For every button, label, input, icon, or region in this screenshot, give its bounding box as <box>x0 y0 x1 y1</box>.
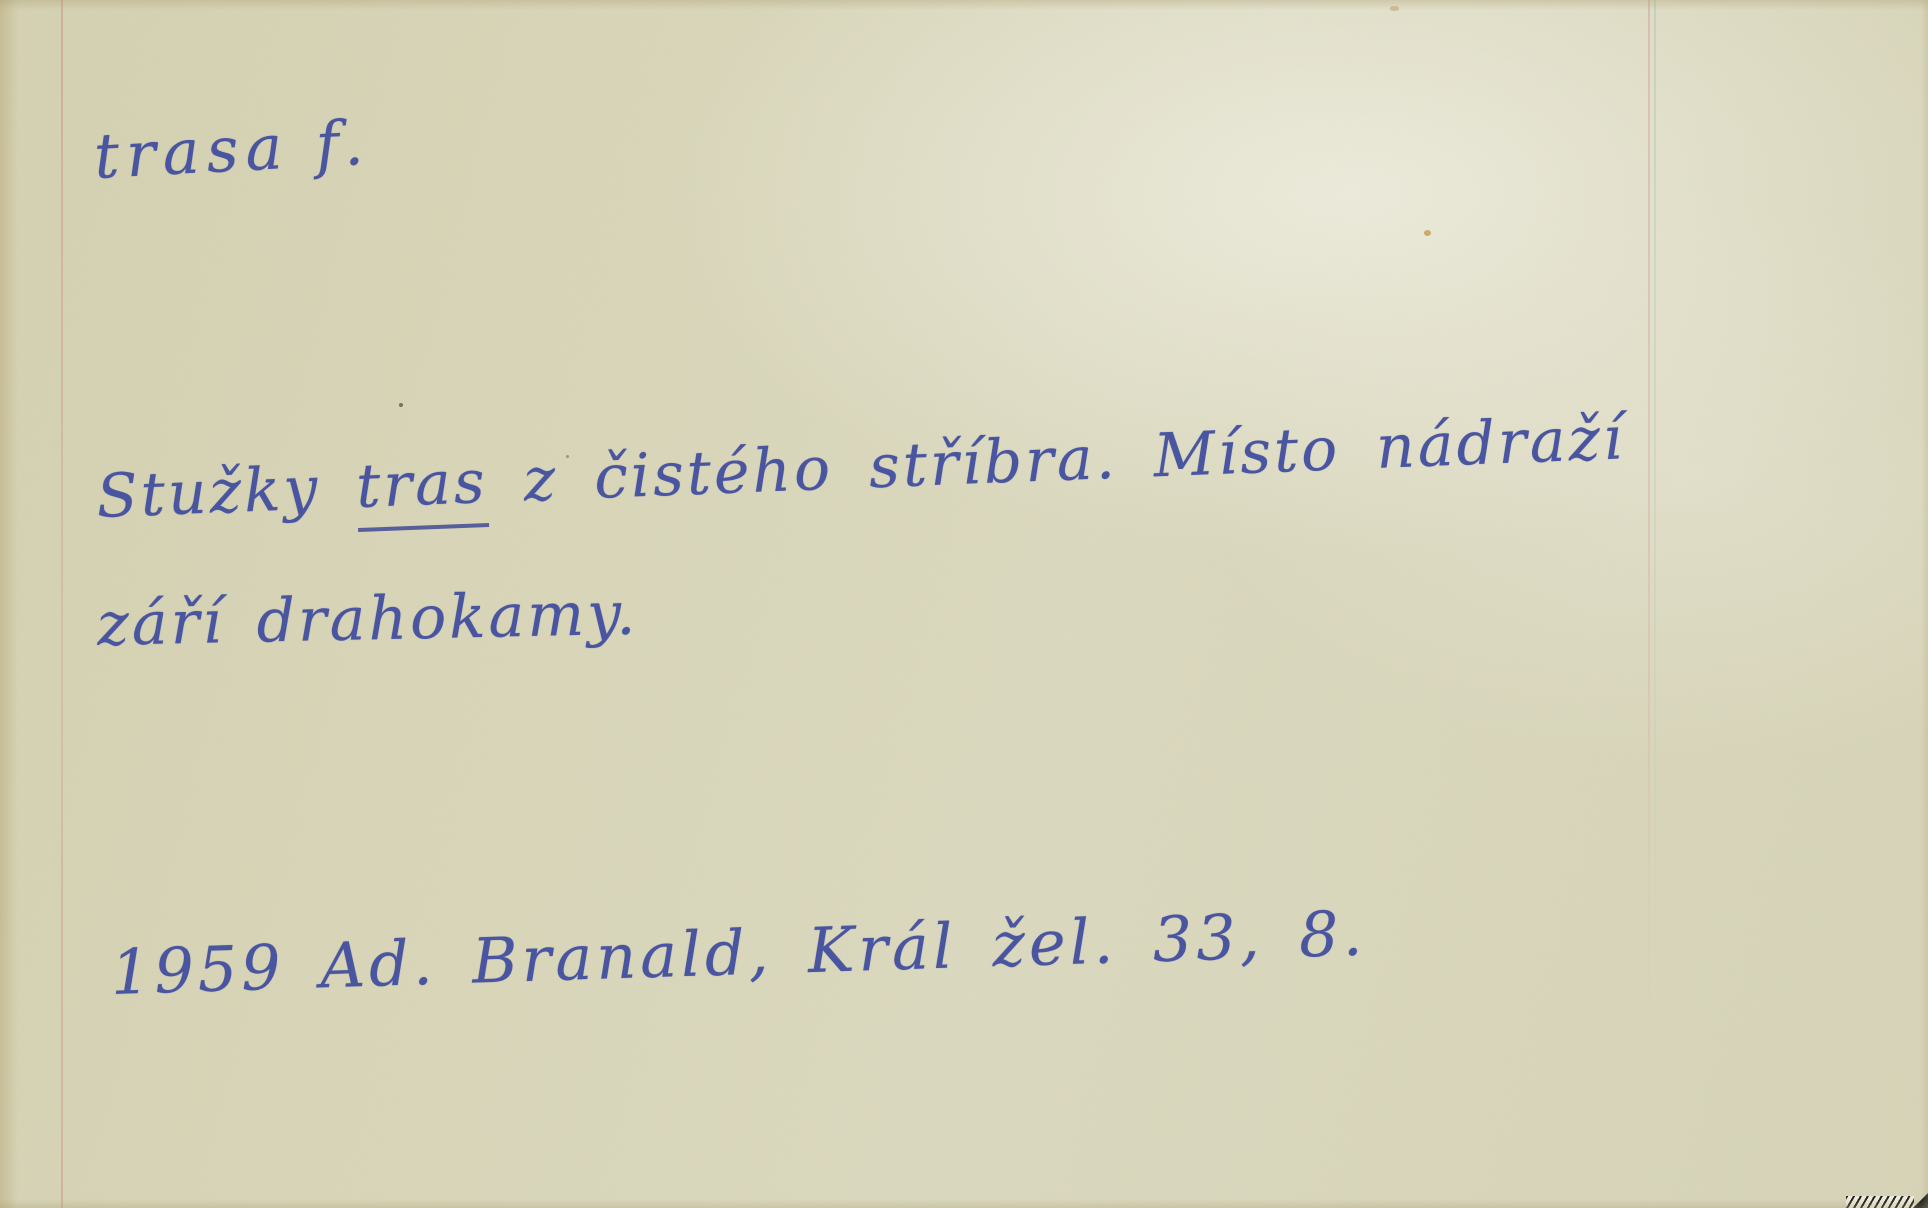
crease-line-pink <box>1648 0 1650 1208</box>
citation-line: 1959 Ad. Branald, Král žel. 33, 8. <box>110 897 1368 1009</box>
card-edge-right <box>1921 0 1928 1208</box>
paper-speck <box>1424 230 1431 236</box>
quote-line-2: září drahokamy. <box>97 579 639 660</box>
paper-speck <box>399 403 403 407</box>
underlined-word: tras <box>355 447 489 532</box>
card-edge-bottom <box>0 1199 1928 1208</box>
paper-speck <box>566 455 569 458</box>
crease-line-green <box>1654 0 1656 1208</box>
quote-segment-after: z čistého stříbra. Místo nádraží <box>486 403 1626 517</box>
headword: trasa f. <box>92 106 372 193</box>
card-edge-top <box>0 0 1928 10</box>
index-card: trasa f. Stužky tras z čistého stříbra. … <box>0 0 1928 1208</box>
quote-segment-before: Stužky <box>95 452 357 532</box>
quote-line-1: Stužky tras z čistého stříbra. Místo nád… <box>95 403 1626 532</box>
margin-rule-line <box>61 0 63 1208</box>
card-edge-left <box>0 0 18 1208</box>
